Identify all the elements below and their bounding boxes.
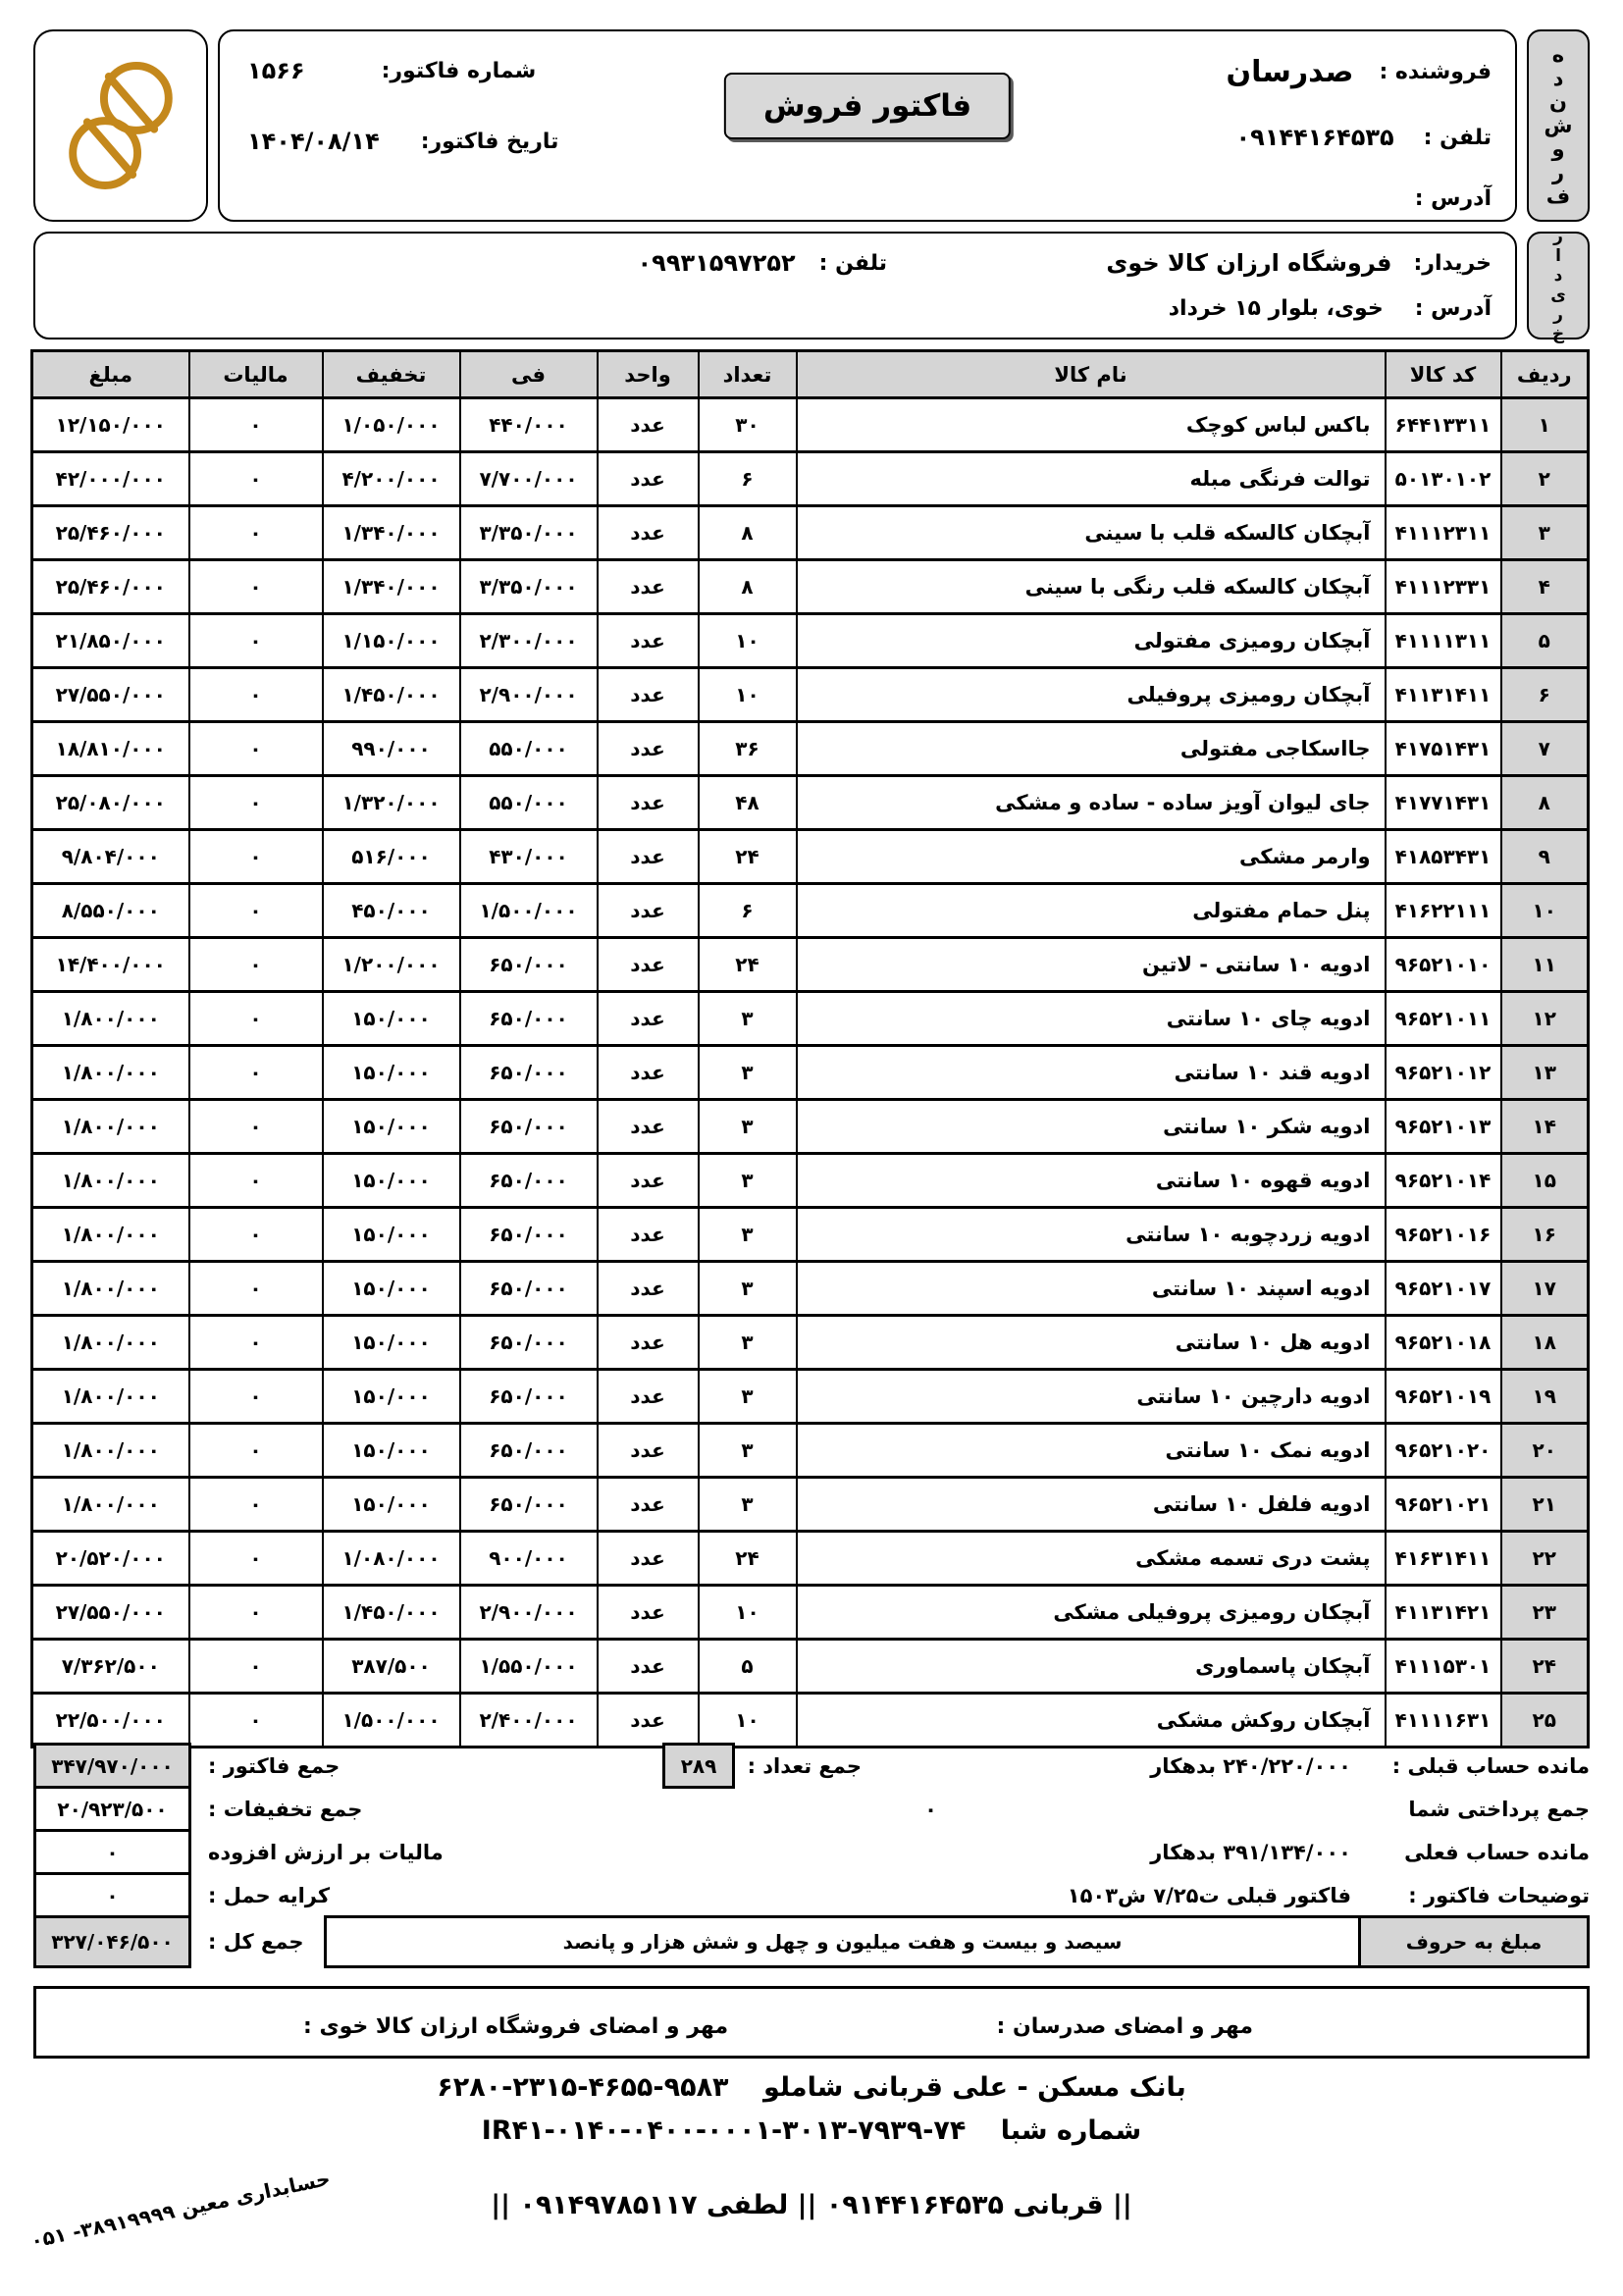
item-code-cell: ۹۶۵۲۱۰۱۹: [1386, 1370, 1501, 1424]
unit-cell: عدد: [598, 614, 699, 668]
unit-price-cell: ۶۵۰/۰۰۰: [460, 1208, 598, 1262]
paid-total-value: ۰: [924, 1786, 937, 1832]
unit-price-cell: ۲/۹۰۰/۰۰۰: [460, 1586, 598, 1640]
current-balance-value: ۳۹۱/۱۳۴/۰۰۰ بدهکار: [1150, 1829, 1351, 1875]
paid-total-label: جمع پرداختی شما: [1408, 1786, 1590, 1832]
amount-cell: ۷/۳۶۲/۵۰۰: [32, 1640, 189, 1694]
buyer-name-row: خریدار: فروشگاه ارزان کالا خوی: [1106, 249, 1492, 277]
discount-cell: ۱۵۰/۰۰۰: [323, 1424, 460, 1478]
row-index-cell: ۱۷: [1501, 1262, 1589, 1316]
quantity-cell: ۳۶: [699, 722, 797, 776]
row-index-cell: ۲۰: [1501, 1424, 1589, 1478]
table-row: ۱۷۹۶۵۲۱۰۱۷ادویه اسپند ۱۰ سانتی۳عدد۶۵۰/۰۰…: [32, 1262, 1589, 1316]
amount-cell: ۴۲/۰۰۰/۰۰۰: [32, 452, 189, 506]
row-index-cell: ۵: [1501, 614, 1589, 668]
item-code-cell: ۹۶۵۲۱۰۱۷: [1386, 1262, 1501, 1316]
header-unit: واحد: [598, 351, 699, 398]
item-name-cell: ادویه زردچوبه ۱۰ سانتی: [797, 1208, 1386, 1262]
item-name-cell: ادویه قند ۱۰ سانتی: [797, 1046, 1386, 1100]
items-table: ردیف کد کالا نام کالا تعداد واحد فی تخفی…: [30, 349, 1590, 1748]
item-code-cell: ۹۶۵۲۱۰۱۲: [1386, 1046, 1501, 1100]
previous-balance-label: مانده حساب قبلی :: [1392, 1743, 1590, 1789]
amount-cell: ۲۱/۸۵۰/۰۰۰: [32, 614, 189, 668]
row-index-cell: ۱۱: [1501, 938, 1589, 992]
discount-cell: ۱۵۰/۰۰۰: [323, 1154, 460, 1208]
seller-phone-label: تلفن :: [1424, 126, 1492, 150]
unit-price-cell: ۶۵۰/۰۰۰: [460, 1478, 598, 1532]
header-row-index: ردیف: [1501, 351, 1589, 398]
table-row: ۱۵۹۶۵۲۱۰۱۴ادویه قهوه ۱۰ سانتی۳عدد۶۵۰/۰۰۰…: [32, 1154, 1589, 1208]
item-code-cell: ۴۱۱۱۱۳۱۱: [1386, 614, 1501, 668]
amount-cell: ۲۷/۵۵۰/۰۰۰: [32, 668, 189, 722]
row-index-cell: ۱۳: [1501, 1046, 1589, 1100]
buyer-name-label: خریدار:: [1413, 251, 1492, 276]
previous-balance-value: ۲۴۰/۲۲۰/۰۰۰ بدهکار: [1150, 1743, 1351, 1789]
table-row: ۴۴۱۱۱۲۳۳۱آبچکان کالسکه قلب رنگی با سینی۸…: [32, 560, 1589, 614]
table-row: ۹۴۱۸۵۳۴۳۱وارمر مشکی۲۴عدد۴۳۰/۰۰۰۵۱۶/۰۰۰۰۹…: [32, 830, 1589, 884]
grand-total-label: جمع کل :: [208, 1915, 304, 1968]
unit-price-cell: ۳/۳۵۰/۰۰۰: [460, 560, 598, 614]
grand-total-value: ۳۲۷/۰۴۶/۵۰۰: [33, 1915, 191, 1968]
item-name-cell: ادویه ۱۰ سانتی - لاتین: [797, 938, 1386, 992]
tax-cell: ۰: [189, 1424, 323, 1478]
item-code-cell: ۹۶۵۲۱۰۲۰: [1386, 1424, 1501, 1478]
item-code-cell: ۴۱۱۱۲۳۳۱: [1386, 560, 1501, 614]
discount-cell: ۱/۲۰۰/۰۰۰: [323, 938, 460, 992]
item-name-cell: وارمر مشکی: [797, 830, 1386, 884]
unit-price-cell: ۶۵۰/۰۰۰: [460, 1262, 598, 1316]
company-logo-box: [33, 29, 208, 222]
tax-cell: ۰: [189, 992, 323, 1046]
unit-price-cell: ۶۵۰/۰۰۰: [460, 1046, 598, 1100]
item-code-cell: ۴۱۷۵۱۴۳۱: [1386, 722, 1501, 776]
summary-row-3: ۰ مالیات بر ارزش افزوده ۳۹۱/۱۳۴/۰۰۰ بدهک…: [33, 1829, 1590, 1875]
amount-cell: ۹/۸۰۴/۰۰۰: [32, 830, 189, 884]
amount-cell: ۲۵/۴۶۰/۰۰۰: [32, 506, 189, 560]
amount-cell: ۱۴/۴۰۰/۰۰۰: [32, 938, 189, 992]
tax-cell: ۰: [189, 1478, 323, 1532]
unit-price-cell: ۱/۵۰۰/۰۰۰: [460, 884, 598, 938]
unit-cell: عدد: [598, 1100, 699, 1154]
tax-cell: ۰: [189, 1640, 323, 1694]
amount-cell: ۱/۸۰۰/۰۰۰: [32, 1316, 189, 1370]
amount-in-words-label: مبلغ به حروف: [1358, 1915, 1590, 1968]
unit-cell: عدد: [598, 1640, 699, 1694]
unit-price-cell: ۷/۷۰۰/۰۰۰: [460, 452, 598, 506]
discount-cell: ۱/۰۵۰/۰۰۰: [323, 398, 460, 452]
tax-cell: ۰: [189, 1154, 323, 1208]
table-row: ۲۵۰۱۳۰۱۰۲توالت فرنگی مبله۶عدد۷/۷۰۰/۰۰۰۴/…: [32, 452, 1589, 506]
unit-cell: عدد: [598, 560, 699, 614]
row-index-cell: ۶: [1501, 668, 1589, 722]
unit-price-cell: ۶۵۰/۰۰۰: [460, 1100, 598, 1154]
discount-total-label: جمع تخفیفات :: [208, 1786, 362, 1832]
unit-cell: عدد: [598, 398, 699, 452]
discount-cell: ۱۵۰/۰۰۰: [323, 1046, 460, 1100]
summary-row-2: ۲۰/۹۲۳/۵۰۰ جمع تخفیفات : ۰ جمع پرداختی ش…: [33, 1786, 1590, 1832]
quantity-cell: ۱۰: [699, 1586, 797, 1640]
table-row: ۱۲۹۶۵۲۱۰۱۱ادویه چای ۱۰ سانتی۳عدد۶۵۰/۰۰۰۱…: [32, 992, 1589, 1046]
discount-cell: ۹۹۰/۰۰۰: [323, 722, 460, 776]
row-index-cell: ۲۲: [1501, 1532, 1589, 1586]
unit-cell: عدد: [598, 1370, 699, 1424]
quantity-cell: ۳: [699, 1154, 797, 1208]
amount-cell: ۲۰/۵۲۰/۰۰۰: [32, 1532, 189, 1586]
row-index-cell: ۱۰: [1501, 884, 1589, 938]
header-item-code: کد کالا: [1386, 351, 1501, 398]
item-name-cell: ادویه نمک ۱۰ سانتی: [797, 1424, 1386, 1478]
tax-cell: ۰: [189, 1532, 323, 1586]
unit-cell: عدد: [598, 884, 699, 938]
invoice-notes-label: توضیحات فاکتور :: [1408, 1872, 1590, 1918]
discount-cell: ۱۵۰/۰۰۰: [323, 1370, 460, 1424]
tax-cell: ۰: [189, 938, 323, 992]
tax-cell: ۰: [189, 452, 323, 506]
seller-phone-row: تلفن : ۰۹۱۴۴۱۶۴۵۳۵: [1236, 124, 1492, 151]
item-code-cell: ۴۱۱۳۱۴۱۱: [1386, 668, 1501, 722]
item-code-cell: ۴۱۱۱۵۳۰۱: [1386, 1640, 1501, 1694]
buyer-section-tab: خریدار: [1527, 232, 1590, 339]
unit-price-cell: ۵۵۰/۰۰۰: [460, 722, 598, 776]
item-code-cell: ۴۱۱۱۱۶۳۱: [1386, 1694, 1501, 1748]
amount-cell: ۱/۸۰۰/۰۰۰: [32, 1370, 189, 1424]
quantity-cell: ۸: [699, 560, 797, 614]
unit-cell: عدد: [598, 1694, 699, 1748]
bank-card-number: ۶۲۸۰-۲۳۱۵-۴۶۵۵-۹۵۸۳: [437, 2072, 728, 2103]
item-name-cell: آبچکان کالسکه قلب رنگی با سینی: [797, 560, 1386, 614]
row-index-cell: ۱: [1501, 398, 1589, 452]
header-tax: مالیات: [189, 351, 323, 398]
table-row: ۲۳۴۱۱۳۱۴۲۱آبچکان رومیزی پروفیلی مشکی۱۰عد…: [32, 1586, 1589, 1640]
unit-cell: عدد: [598, 776, 699, 830]
buyer-info-box: خریدار: فروشگاه ارزان کالا خوی تلفن : ۰۹…: [33, 232, 1517, 339]
amount-cell: ۱/۸۰۰/۰۰۰: [32, 1154, 189, 1208]
amount-cell: ۱/۸۰۰/۰۰۰: [32, 1478, 189, 1532]
summary-row-5: ۳۲۷/۰۴۶/۵۰۰ جمع کل : سیصد و بیست و هفت م…: [33, 1915, 1590, 1968]
row-index-cell: ۱۸: [1501, 1316, 1589, 1370]
row-index-cell: ۱۶: [1501, 1208, 1589, 1262]
table-row: ۱۶۹۶۵۲۱۰۱۶ادویه زردچوبه ۱۰ سانتی۳عدد۶۵۰/…: [32, 1208, 1589, 1262]
unit-cell: عدد: [598, 668, 699, 722]
invoice-notes-value: فاکتور قبلی ت۷/۲۵ ش۱۵۰۳: [1068, 1872, 1351, 1918]
item-code-cell: ۹۶۵۲۱۰۱۴: [1386, 1154, 1501, 1208]
item-code-cell: ۹۶۵۲۱۰۱۱: [1386, 992, 1501, 1046]
row-index-cell: ۲۳: [1501, 1586, 1589, 1640]
unit-cell: عدد: [598, 1316, 699, 1370]
invoice-date: ۱۴۰۴/۰۸/۱۴: [247, 128, 380, 155]
unit-cell: عدد: [598, 1208, 699, 1262]
discount-cell: ۳۸۷/۵۰۰: [323, 1640, 460, 1694]
discount-cell: ۱۵۰/۰۰۰: [323, 992, 460, 1046]
amount-cell: ۲۵/۴۶۰/۰۰۰: [32, 560, 189, 614]
summary-row-1: ۳۴۷/۹۷۰/۰۰۰ جمع فاکتور : ۲۸۹ جمع تعداد :…: [33, 1743, 1590, 1789]
invoice-total-value: ۳۴۷/۹۷۰/۰۰۰: [33, 1743, 191, 1789]
item-name-cell: ادویه اسپند ۱۰ سانتی: [797, 1262, 1386, 1316]
item-name-cell: باکس لباس کوچک: [797, 398, 1386, 452]
unit-cell: عدد: [598, 1154, 699, 1208]
tax-cell: ۰: [189, 668, 323, 722]
row-index-cell: ۴: [1501, 560, 1589, 614]
quantity-cell: ۶: [699, 452, 797, 506]
item-code-cell: ۹۶۵۲۱۰۱۶: [1386, 1208, 1501, 1262]
seller-address-row: آدرس :: [1415, 186, 1492, 211]
table-row: ۲۲۴۱۶۳۱۴۱۱پشت دری تسمه مشکی۲۴عدد۹۰۰/۰۰۰۱…: [32, 1532, 1589, 1586]
tax-cell: ۰: [189, 1586, 323, 1640]
amount-cell: ۲۷/۵۵۰/۰۰۰: [32, 1586, 189, 1640]
seller-name: صدرسان: [1226, 55, 1353, 89]
table-row: ۱۹۹۶۵۲۱۰۱۹ادویه دارچین ۱۰ سانتی۳عدد۶۵۰/۰…: [32, 1370, 1589, 1424]
quantity-total-label: جمع تعداد :: [748, 1743, 862, 1789]
table-row: ۷۴۱۷۵۱۴۳۱جااسکاجی مفتولی۳۶عدد۵۵۰/۰۰۰۹۹۰/…: [32, 722, 1589, 776]
unit-price-cell: ۶۵۰/۰۰۰: [460, 1424, 598, 1478]
unit-cell: عدد: [598, 1262, 699, 1316]
buyer-section: خریدار خریدار: فروشگاه ارزان کالا خوی تل…: [33, 232, 1590, 339]
discount-cell: ۱۵۰/۰۰۰: [323, 1478, 460, 1532]
seller-section-tab: فروشنده: [1527, 29, 1590, 222]
unit-price-cell: ۳/۳۵۰/۰۰۰: [460, 506, 598, 560]
table-row: ۸۴۱۷۷۱۴۳۱جای لیوان آویز ساده - ساده و مش…: [32, 776, 1589, 830]
quantity-cell: ۲۴: [699, 1532, 797, 1586]
buyer-address: خوی، بلوار ۱۵ خرداد: [1169, 296, 1384, 321]
unit-price-cell: ۶۵۰/۰۰۰: [460, 992, 598, 1046]
tax-cell: ۰: [189, 614, 323, 668]
quantity-cell: ۳: [699, 992, 797, 1046]
tax-cell: ۰: [189, 722, 323, 776]
header-discount: تخفیف: [323, 351, 460, 398]
invoice-date-row: تاریخ فاکتور: ۱۴۰۴/۰۸/۱۴: [247, 128, 558, 155]
discount-cell: ۱/۴۵۰/۰۰۰: [323, 668, 460, 722]
discount-cell: ۱/۱۵۰/۰۰۰: [323, 614, 460, 668]
item-name-cell: ادویه چای ۱۰ سانتی: [797, 992, 1386, 1046]
unit-price-cell: ۱/۵۵۰/۰۰۰: [460, 1640, 598, 1694]
quantity-cell: ۳: [699, 1316, 797, 1370]
row-index-cell: ۱۹: [1501, 1370, 1589, 1424]
signature-section: مهر و امضای صدرسان : مهر و امضای فروشگاه…: [33, 1986, 1590, 2059]
invoice-header: فروشنده فروشنده : صدرسان تلفن : ۰۹۱۴۴۱۶۴…: [33, 29, 1590, 222]
tax-cell: ۰: [189, 560, 323, 614]
bank-account-line: بانک مسکن - علی قربانی شاملو ۶۲۸۰-۲۳۱۵-۴…: [0, 2066, 1623, 2110]
table-row: ۱۰۴۱۶۲۲۱۱۱پنل حمام مفتولی۶عدد۱/۵۰۰/۰۰۰۴۵…: [32, 884, 1589, 938]
item-code-cell: ۵۰۱۳۰۱۰۲: [1386, 452, 1501, 506]
row-index-cell: ۷: [1501, 722, 1589, 776]
item-code-cell: ۴۱۶۲۲۱۱۱: [1386, 884, 1501, 938]
table-row: ۱۴۹۶۵۲۱۰۱۳ادویه شکر ۱۰ سانتی۳عدد۶۵۰/۰۰۰۱…: [32, 1100, 1589, 1154]
unit-cell: عدد: [598, 938, 699, 992]
quantity-cell: ۶: [699, 884, 797, 938]
amount-cell: ۱۸/۸۱۰/۰۰۰: [32, 722, 189, 776]
item-name-cell: ادویه شکر ۱۰ سانتی: [797, 1100, 1386, 1154]
amount-cell: ۱۲/۱۵۰/۰۰۰: [32, 398, 189, 452]
quantity-cell: ۱۰: [699, 1694, 797, 1748]
item-name-cell: ادویه دارچین ۱۰ سانتی: [797, 1370, 1386, 1424]
item-name-cell: توالت فرنگی مبله: [797, 452, 1386, 506]
unit-price-cell: ۶۵۰/۰۰۰: [460, 1316, 598, 1370]
unit-price-cell: ۲/۹۰۰/۰۰۰: [460, 668, 598, 722]
invoice-total-label: جمع فاکتور :: [208, 1743, 340, 1789]
invoice-summary: ۳۴۷/۹۷۰/۰۰۰ جمع فاکتور : ۲۸۹ جمع تعداد :…: [33, 1743, 1590, 1968]
discount-total-value: ۲۰/۹۲۳/۵۰۰: [33, 1786, 191, 1832]
quantity-cell: ۳۰: [699, 398, 797, 452]
row-index-cell: ۲۱: [1501, 1478, 1589, 1532]
table-row: ۲۵۴۱۱۱۱۶۳۱آبچکان روکش مشکی۱۰عدد۲/۴۰۰/۰۰۰…: [32, 1694, 1589, 1748]
vat-label: مالیات بر ارزش افزوده: [208, 1829, 444, 1875]
item-name-cell: آبچکان کالسکه قلب با سینی: [797, 506, 1386, 560]
quantity-total-value: ۲۸۹: [662, 1743, 735, 1789]
quantity-cell: ۳: [699, 1370, 797, 1424]
amount-cell: ۲۲/۵۰۰/۰۰۰: [32, 1694, 189, 1748]
quantity-cell: ۳: [699, 1208, 797, 1262]
item-code-cell: ۴۱۷۷۱۴۳۱: [1386, 776, 1501, 830]
amount-cell: ۱/۸۰۰/۰۰۰: [32, 1208, 189, 1262]
seller-phone: ۰۹۱۴۴۱۶۴۵۳۵: [1236, 124, 1394, 151]
amount-cell: ۲۵/۰۸۰/۰۰۰: [32, 776, 189, 830]
header-amount: مبلغ: [32, 351, 189, 398]
unit-price-cell: ۹۰۰/۰۰۰: [460, 1532, 598, 1586]
discount-cell: ۱۵۰/۰۰۰: [323, 1316, 460, 1370]
invoice-title: فاکتور فروش: [724, 73, 1011, 139]
discount-cell: ۱/۰۸۰/۰۰۰: [323, 1532, 460, 1586]
item-name-cell: جای لیوان آویز ساده - ساده و مشکی: [797, 776, 1386, 830]
row-index-cell: ۱۴: [1501, 1100, 1589, 1154]
discount-cell: ۱/۳۲۰/۰۰۰: [323, 776, 460, 830]
tax-cell: ۰: [189, 1262, 323, 1316]
interlocked-rings-logo-icon: [61, 54, 181, 197]
item-code-cell: ۶۴۴۱۳۳۱۱: [1386, 398, 1501, 452]
item-name-cell: جااسکاجی مفتولی: [797, 722, 1386, 776]
header-item-name: نام کالا: [797, 351, 1386, 398]
tax-cell: ۰: [189, 1370, 323, 1424]
discount-cell: ۱۵۰/۰۰۰: [323, 1262, 460, 1316]
amount-cell: ۸/۵۵۰/۰۰۰: [32, 884, 189, 938]
row-index-cell: ۱۵: [1501, 1154, 1589, 1208]
tax-cell: ۰: [189, 398, 323, 452]
item-code-cell: ۹۶۵۲۱۰۲۱: [1386, 1478, 1501, 1532]
unit-price-cell: ۶۵۰/۰۰۰: [460, 1370, 598, 1424]
unit-price-cell: ۶۵۰/۰۰۰: [460, 1154, 598, 1208]
unit-cell: عدد: [598, 1478, 699, 1532]
bank-info: بانک مسکن - علی قربانی شاملو ۶۲۸۰-۲۳۱۵-۴…: [0, 2066, 1623, 2153]
table-row: ۶۴۱۱۳۱۴۱۱آبچکان رومیزی پروفیلی۱۰عدد۲/۹۰۰…: [32, 668, 1589, 722]
quantity-cell: ۳: [699, 1478, 797, 1532]
buyer-phone: ۰۹۹۳۱۵۹۷۲۵۲: [638, 249, 796, 277]
item-name-cell: آبچکان رومیزی مفتولی: [797, 614, 1386, 668]
row-index-cell: ۲۴: [1501, 1640, 1589, 1694]
discount-cell: ۱۵۰/۰۰۰: [323, 1208, 460, 1262]
item-code-cell: ۹۶۵۲۱۰۱۰: [1386, 938, 1501, 992]
row-index-cell: ۱۲: [1501, 992, 1589, 1046]
quantity-cell: ۵: [699, 1640, 797, 1694]
amount-cell: ۱/۸۰۰/۰۰۰: [32, 992, 189, 1046]
unit-cell: عدد: [598, 1532, 699, 1586]
item-code-cell: ۹۶۵۲۱۰۱۳: [1386, 1100, 1501, 1154]
discount-cell: ۱۵۰/۰۰۰: [323, 1100, 460, 1154]
tax-cell: ۰: [189, 776, 323, 830]
quantity-cell: ۲۴: [699, 938, 797, 992]
row-index-cell: ۸: [1501, 776, 1589, 830]
sheba-line: شماره شبا IR۴۱-۰۱۴۰-۰۴۰۰-۰۰۰۱-۳۰۱۳-۷۹۳۹-…: [0, 2110, 1623, 2153]
item-code-cell: ۴۱۶۳۱۴۱۱: [1386, 1532, 1501, 1586]
table-row: ۱۳۹۶۵۲۱۰۱۲ادویه قند ۱۰ سانتی۳عدد۶۵۰/۰۰۰۱…: [32, 1046, 1589, 1100]
item-name-cell: آبچکان رومیزی پروفیلی: [797, 668, 1386, 722]
discount-cell: ۵۱۶/۰۰۰: [323, 830, 460, 884]
buyer-address-row: آدرس : خوی، بلوار ۱۵ خرداد: [1169, 296, 1492, 321]
amount-cell: ۱/۸۰۰/۰۰۰: [32, 1046, 189, 1100]
tax-cell: ۰: [189, 1694, 323, 1748]
invoice-number: ۱۵۶۶: [247, 57, 305, 84]
tax-cell: ۰: [189, 830, 323, 884]
discount-cell: ۱/۴۵۰/۰۰۰: [323, 1586, 460, 1640]
item-name-cell: ادویه فلفل ۱۰ سانتی: [797, 1478, 1386, 1532]
amount-in-words-value: سیصد و بیست و هفت میلیون و چهل و شش هزار…: [324, 1915, 1361, 1968]
discount-cell: ۴۵۰/۰۰۰: [323, 884, 460, 938]
quantity-cell: ۳: [699, 1046, 797, 1100]
seller-name-row: فروشنده : صدرسان: [1226, 55, 1492, 89]
shipping-label: کرایه حمل :: [208, 1872, 330, 1918]
tax-cell: ۰: [189, 1100, 323, 1154]
discount-cell: ۱/۵۰۰/۰۰۰: [323, 1694, 460, 1748]
quantity-cell: ۴۸: [699, 776, 797, 830]
discount-cell: ۱/۳۴۰/۰۰۰: [323, 560, 460, 614]
unit-cell: عدد: [598, 1424, 699, 1478]
row-index-cell: ۲: [1501, 452, 1589, 506]
vat-value: ۰: [33, 1829, 191, 1875]
unit-cell: عدد: [598, 452, 699, 506]
row-index-cell: ۲۵: [1501, 1694, 1589, 1748]
seller-signature-label: مهر و امضای صدرسان :: [996, 2014, 1253, 2039]
shipping-value: ۰: [33, 1872, 191, 1918]
seller-address-label: آدرس :: [1415, 186, 1492, 211]
sheba-label: شماره شبا: [1001, 2115, 1141, 2146]
unit-price-cell: ۶۵۰/۰۰۰: [460, 938, 598, 992]
table-row: ۲۰۹۶۵۲۱۰۲۰ادویه نمک ۱۰ سانتی۳عدد۶۵۰/۰۰۰۱…: [32, 1424, 1589, 1478]
amount-cell: ۱/۸۰۰/۰۰۰: [32, 1262, 189, 1316]
quantity-cell: ۳: [699, 1100, 797, 1154]
amount-cell: ۱/۸۰۰/۰۰۰: [32, 1100, 189, 1154]
item-name-cell: ادویه هل ۱۰ سانتی: [797, 1316, 1386, 1370]
invoice-number-label: شماره فاکتور:: [382, 59, 537, 83]
quantity-cell: ۲۴: [699, 830, 797, 884]
header-unit-price: فی: [460, 351, 598, 398]
item-code-cell: ۴۱۸۵۳۴۳۱: [1386, 830, 1501, 884]
quantity-cell: ۱۰: [699, 668, 797, 722]
bank-name-label: بانک مسکن - علی قربانی شاملو: [763, 2072, 1186, 2103]
table-row: ۱۱۹۶۵۲۱۰۱۰ادویه ۱۰ سانتی - لاتین۲۴عدد۶۵۰…: [32, 938, 1589, 992]
unit-price-cell: ۴۳۰/۰۰۰: [460, 830, 598, 884]
summary-row-4: ۰ کرایه حمل : فاکتور قبلی ت۷/۲۵ ش۱۵۰۳ تو…: [33, 1872, 1590, 1918]
quantity-cell: ۳: [699, 1262, 797, 1316]
unit-price-cell: ۵۵۰/۰۰۰: [460, 776, 598, 830]
unit-cell: عدد: [598, 722, 699, 776]
item-code-cell: ۴۱۱۳۱۴۲۱: [1386, 1586, 1501, 1640]
table-header-row: ردیف کد کالا نام کالا تعداد واحد فی تخفی…: [32, 351, 1589, 398]
item-name-cell: پشت دری تسمه مشکی: [797, 1532, 1386, 1586]
table-row: ۲۱۹۶۵۲۱۰۲۱ادویه فلفل ۱۰ سانتی۳عدد۶۵۰/۰۰۰…: [32, 1478, 1589, 1532]
table-row: ۳۴۱۱۱۲۳۱۱آبچکان کالسکه قلب با سینی۸عدد۳/…: [32, 506, 1589, 560]
current-balance-label: مانده حساب فعلی: [1404, 1829, 1590, 1875]
quantity-cell: ۳: [699, 1424, 797, 1478]
unit-price-cell: ۴۴۰/۰۰۰: [460, 398, 598, 452]
table-row: ۱۸۹۶۵۲۱۰۱۸ادویه هل ۱۰ سانتی۳عدد۶۵۰/۰۰۰۱۵…: [32, 1316, 1589, 1370]
unit-cell: عدد: [598, 830, 699, 884]
item-name-cell: ادویه قهوه ۱۰ سانتی: [797, 1154, 1386, 1208]
unit-cell: عدد: [598, 1046, 699, 1100]
amount-cell: ۱/۸۰۰/۰۰۰: [32, 1424, 189, 1478]
quantity-cell: ۱۰: [699, 614, 797, 668]
quantity-cell: ۸: [699, 506, 797, 560]
row-index-cell: ۳: [1501, 506, 1589, 560]
item-name-cell: آبچکان پاسماوری: [797, 1640, 1386, 1694]
item-code-cell: ۴۱۱۱۲۳۱۱: [1386, 506, 1501, 560]
